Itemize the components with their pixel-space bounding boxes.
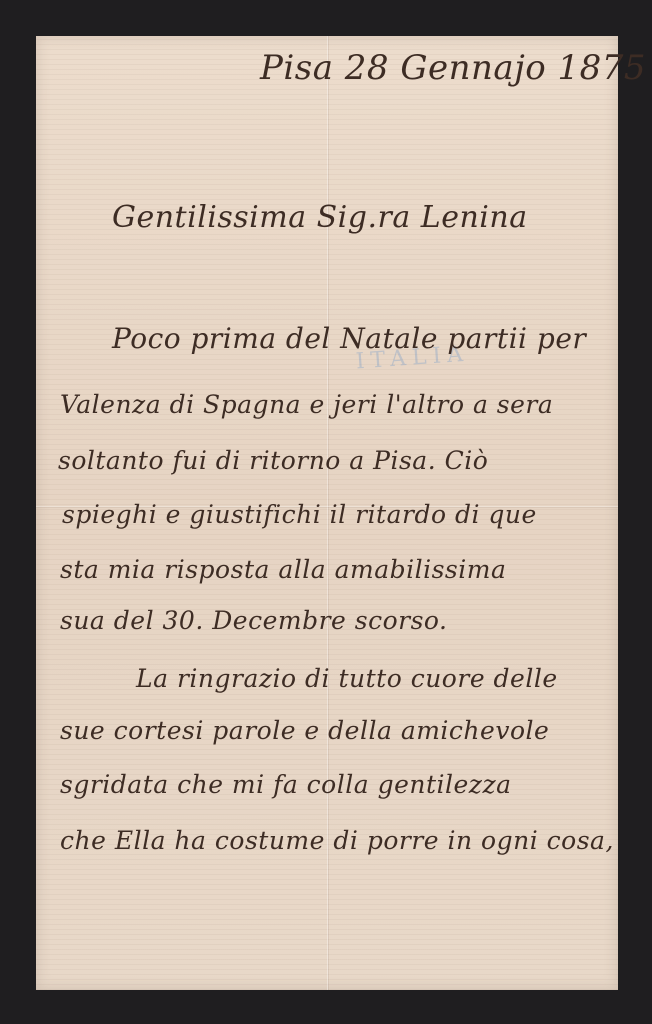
body-line-8: sue cortesi parole e della amichevole (60, 716, 549, 745)
scanned-letter: ITALIA Pisa 28 Gennajo 1875 Gentilissima… (0, 0, 652, 1024)
body-line-3: soltanto fui di ritorno a Pisa. Ciò (58, 446, 488, 475)
body-line-6: sua del 30. Decembre scorso. (60, 606, 448, 635)
body-line-1: Poco prima del Natale partii per (112, 322, 586, 355)
body-line-4: spieghi e giustifichi il ritardo di que (62, 500, 537, 529)
body-line-10: che Ella ha costume di porre in ogni cos… (60, 826, 614, 855)
letter-dateline: Pisa 28 Gennajo 1875 (260, 48, 646, 88)
body-line-7: La ringrazio di tutto cuore delle (136, 664, 558, 693)
body-line-9: sgridata che mi fa colla gentilezza (60, 770, 512, 799)
letter-salutation: Gentilissima Sig.ra Lenina (112, 200, 528, 235)
body-line-5: sta mia risposta alla amabilissima (60, 555, 506, 584)
body-line-2: Valenza di Spagna e jeri l'altro a sera (60, 390, 553, 419)
